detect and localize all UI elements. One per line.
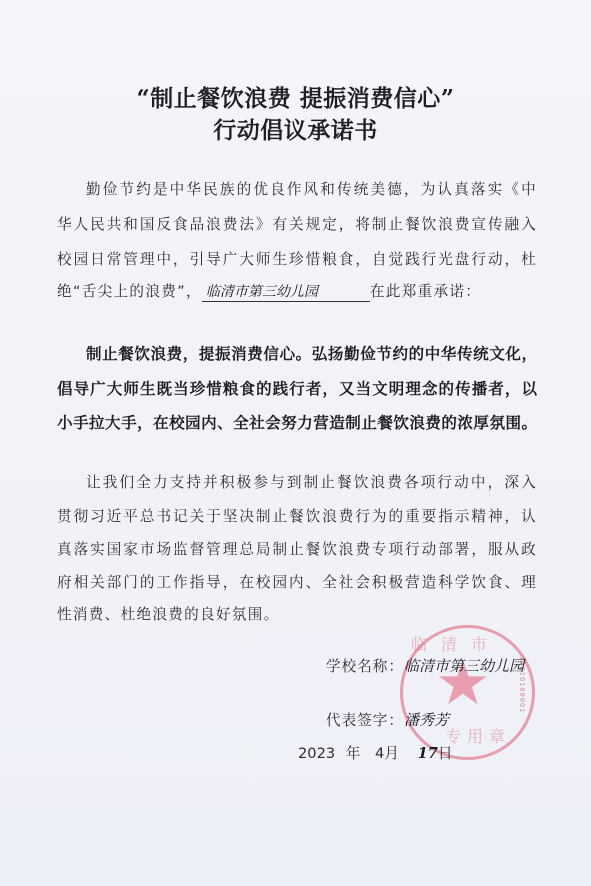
representative-label: 代表签字： <box>326 712 404 729</box>
paragraph-line: 勤俭节约是中华民族的优良作风和传统美德，为认真落实《中 <box>57 178 537 199</box>
document-page: “制止餐饮浪费 提振消费信心” 行动倡议承诺书 勤俭节约是中华民族的优良作风和传… <box>0 0 591 886</box>
seal-bottom-text: 专用章 <box>445 724 511 747</box>
document-title-line2: 行动倡议承诺书 <box>0 112 591 145</box>
paragraph-line: 倡导广大师生既当珍惜粮食的践行者，又当文明理念的传播者，以 <box>57 377 537 399</box>
paragraph-line: 性消费、杜绝浪费的良好氛围。 <box>57 603 537 624</box>
school-name-label: 学校名称： <box>326 658 404 675</box>
paragraph-line: 贯彻习近平总书记关于坚决制止餐饮浪费行为的重要指示精神，认 <box>57 505 537 526</box>
representative-signature-row: 代表签字：潘秀芳 <box>326 709 449 730</box>
pledge-prefix: 绝“舌尖上的浪费”， <box>57 283 202 300</box>
representative-signature: 潘秀芳 <box>404 711 449 729</box>
date-year-unit: 年 <box>346 745 361 762</box>
paragraph-line-with-blank: 绝“舌尖上的浪费”，临清市第三幼儿园在此郑重承诺： <box>57 280 537 302</box>
paragraph-line: 让我们全力支持并积极参与到制止餐饮浪费各项行动中，深入 <box>57 471 537 492</box>
seal-rim-text: 临清市 <box>411 632 501 655</box>
school-name-blank: 临清市第三幼儿园 <box>202 283 370 302</box>
paragraph-line: 小手拉大手，在校园内、全社会努力营造制止餐饮浪费的浓厚氛围。 <box>57 411 537 433</box>
date-month: 4月 <box>375 745 399 762</box>
official-seal-stamp: 临清市 ★ 15010100001 专用章 <box>400 625 535 760</box>
pledge-suffix: 在此郑重承诺： <box>370 283 481 300</box>
paragraph-line: 华人民共和国反食品浪费法》有关规定，将制止餐饮浪费宣传融入 <box>57 213 537 234</box>
date-day: 17 <box>418 745 438 762</box>
document-title-line1: “制止餐饮浪费 提振消费信心” <box>0 80 591 113</box>
paragraph-line: 府相关部门的工作指导，在校园内、全社会积极营造科学饮食、理 <box>57 571 537 592</box>
date-day-unit: 日 <box>438 745 453 762</box>
paragraph-line: 制止餐饮浪费，提振消费信心。弘扬勤俭节约的中华传统文化， <box>57 342 537 364</box>
school-name-value: 临清市第三幼儿园 <box>404 657 524 675</box>
date-year: 2023 <box>298 745 335 762</box>
school-name-row: 学校名称：临清市第三幼儿园 <box>326 655 524 676</box>
paragraph-line: 校园日常管理中，引导广大师生珍惜粮食，自觉践行光盘行动，杜 <box>57 248 537 269</box>
paragraph-line: 真落实国家市场监督管理总局制止餐饮浪费专项行动部署，服从政 <box>57 538 537 559</box>
date-row: 2023 年 4月 17日 <box>298 742 452 763</box>
